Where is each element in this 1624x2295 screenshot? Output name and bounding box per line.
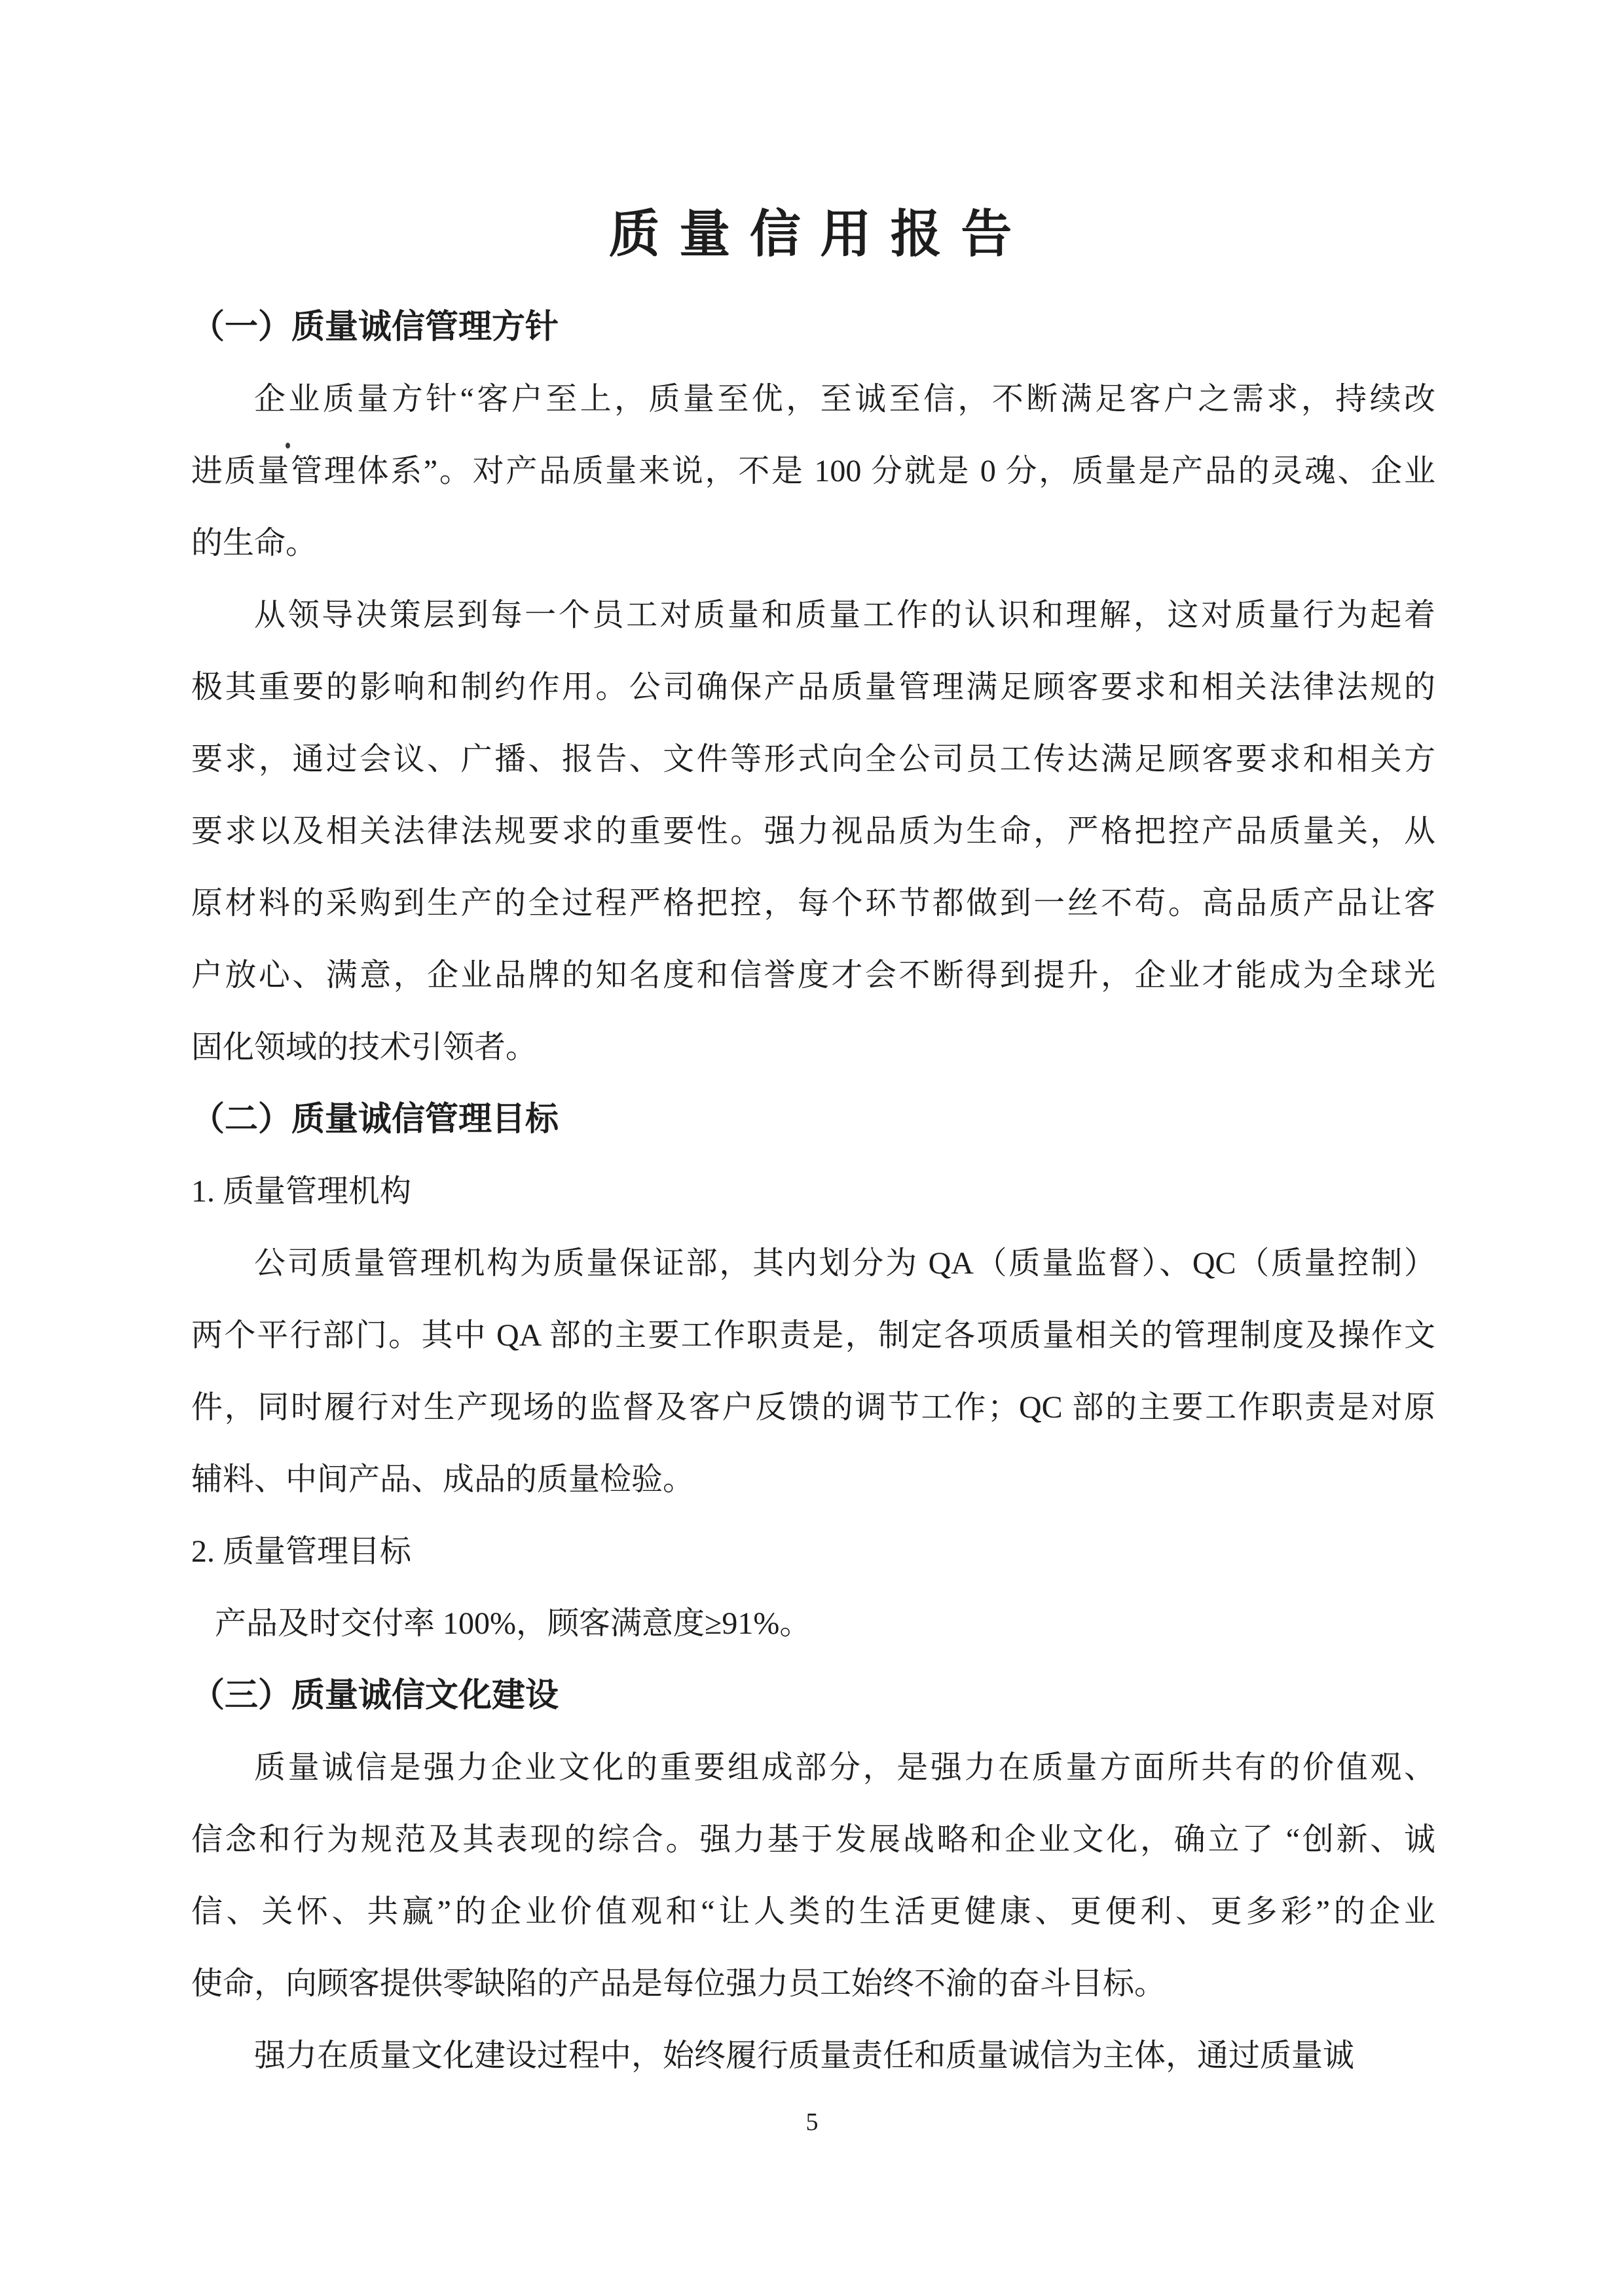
document-body: （一）质量诚信管理方针企业质量方针“客户至上，质量至优，至诚至信，不断满足客户之… <box>191 291 1435 2092</box>
paragraph-line: 质量诚信是强力企业文化的重要组成部分，是强力在质量方面所共有的价值观、 <box>191 1732 1435 1804</box>
list-item: 2. 质量管理目标 <box>191 1516 1435 1588</box>
paragraph-line: 要求，通过会议、广播、报告、文件等形式向全公司员工传达满足顾客要求和相关方 <box>191 724 1435 796</box>
paragraph-line: 两个平行部门。其中 QA 部的主要工作职责是，制定各项质量相关的管理制度及操作文 <box>191 1300 1435 1372</box>
paragraph-line: 企业质量方针“客户至上，质量至优，至诚至信，不断满足客户之需求，持续改 <box>191 363 1435 435</box>
list-item: 1. 质量管理机构 <box>191 1156 1435 1228</box>
paragraph-line: 从领导决策层到每一个员工对质量和质量工作的认识和理解，这对质量行为起着 <box>191 579 1435 652</box>
paragraph-line: 公司质量管理机构为质量保证部，其内划分为 QA（质量监督）、QC（质量控制） <box>191 1228 1435 1300</box>
paragraph-line: 辅料、中间产品、成品的质量检验。 <box>191 1444 1435 1516</box>
paragraph-line: 信念和行为规范及其表现的综合。强力基于发展战略和企业文化，确立了 “创新、诚 <box>191 1804 1435 1876</box>
paragraph-line: 强力在质量文化建设过程中，始终履行质量责任和质量诚信为主体，通过质量诚 <box>191 2020 1435 2092</box>
paragraph-line: 要求以及相关法律法规要求的重要性。强力视品质为生命，严格把控产品质量关，从 <box>191 796 1435 868</box>
paragraph-line: 的生命。 <box>191 507 1435 579</box>
section-heading: （三）质量诚信文化建设 <box>191 1660 1435 1732</box>
paragraph-line: 产品及时交付率 100%，顾客满意度≥91%。 <box>191 1588 1435 1660</box>
document-title: 质 量 信 用 报 告 <box>0 195 1624 274</box>
paragraph-line: 信、关怀、共赢”的企业价值观和“让人类的生活更健康、更便利、更多彩”的企业 <box>191 1876 1435 1948</box>
paragraph-line: 固化领域的技术引领者。 <box>191 1012 1435 1084</box>
page-number: 5 <box>0 2093 1624 2152</box>
paragraph-line: 使命，向顾客提供零缺陷的产品是每位强力员工始终不渝的奋斗目标。 <box>191 1948 1435 2020</box>
paragraph-line: 原材料的采购到生产的全过程严格把控，每个环节都做到一丝不苟。高品质产品让客 <box>191 868 1435 940</box>
paragraph-line: 件，同时履行对生产现场的监督及客户反馈的调节工作；QC 部的主要工作职责是对原 <box>191 1372 1435 1444</box>
section-heading: （一）质量诚信管理方针 <box>191 291 1435 363</box>
paragraph-line: 极其重要的影响和制约作用。公司确保产品质量管理满足顾客要求和相关法律法规的 <box>191 652 1435 724</box>
paragraph-line: 进质量管理体系”。对产品质量来说，不是 100 分就是 0 分，质量是产品的灵魂… <box>191 435 1435 507</box>
section-heading: （二）质量诚信管理目标 <box>191 1084 1435 1156</box>
paragraph-line: 户放心、满意，企业品牌的知名度和信誉度才会不断得到提升，企业才能成为全球光 <box>191 940 1435 1012</box>
document-page: 质 量 信 用 报 告 （一）质量诚信管理方针企业质量方针“客户至上，质量至优，… <box>0 0 1624 2295</box>
